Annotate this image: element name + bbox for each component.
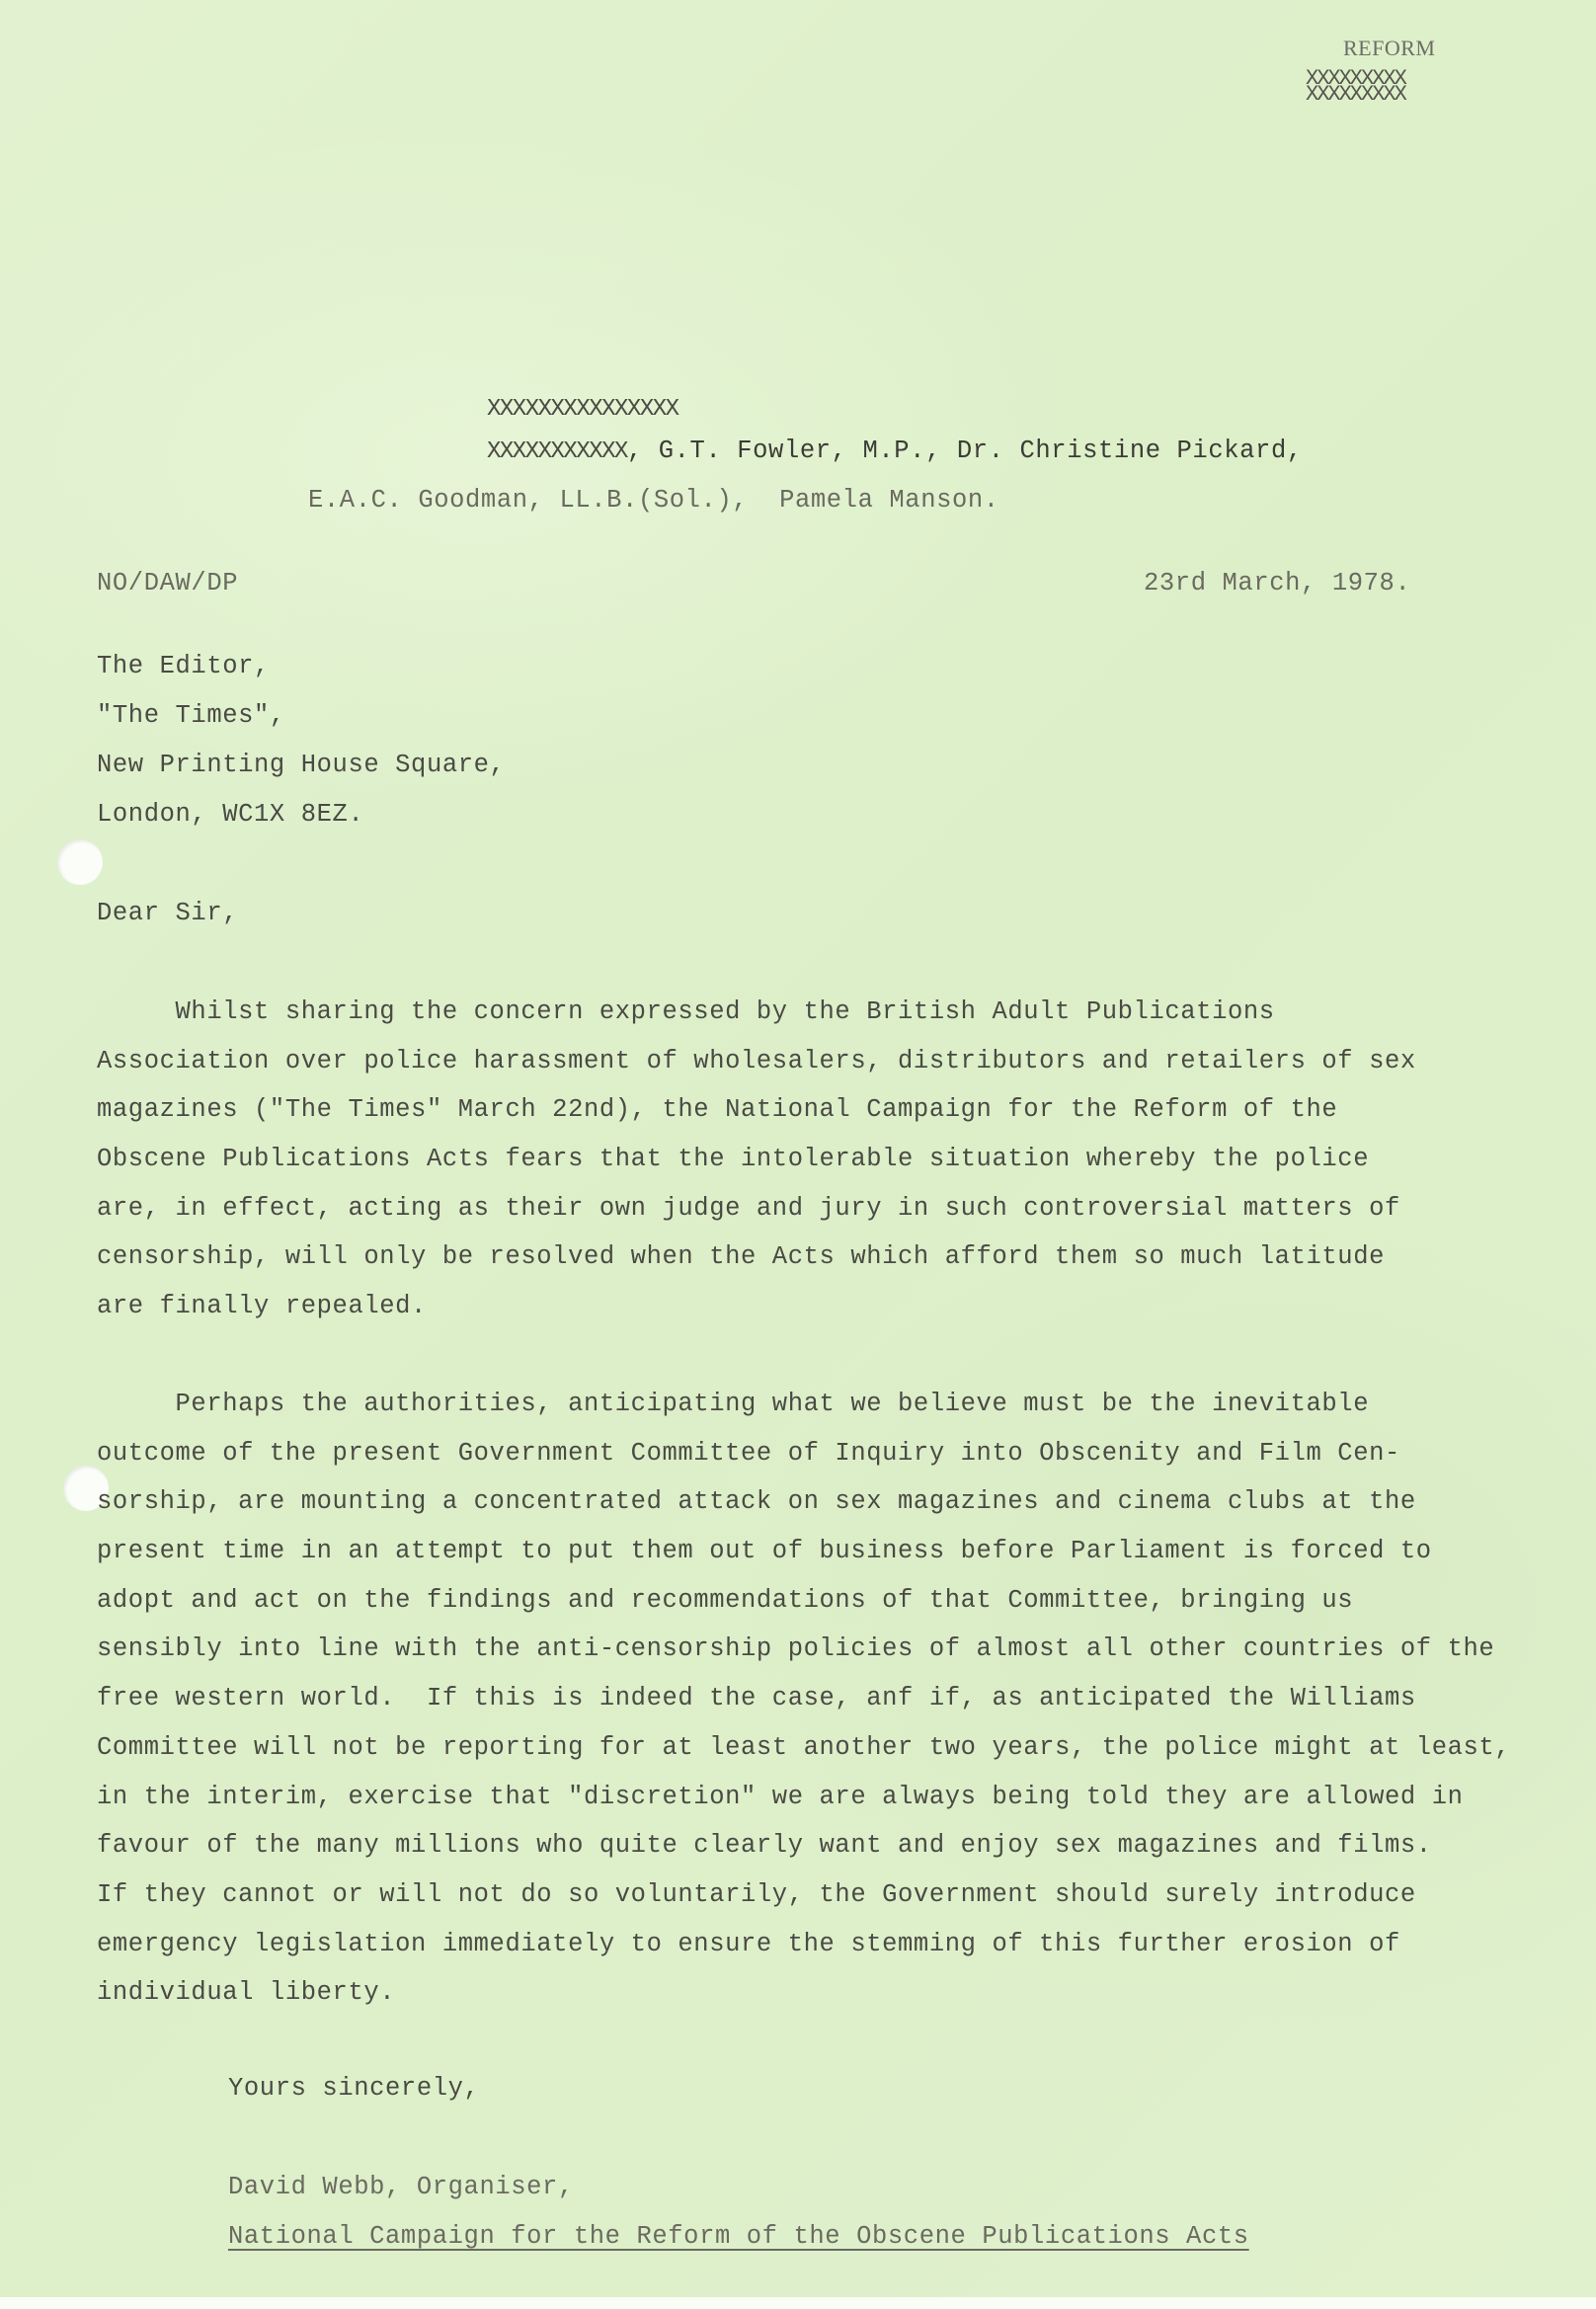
signatory: David Webb, Organiser,	[228, 2173, 574, 2202]
recipient-line-3: New Printing House Square,	[97, 751, 505, 780]
salutation: Dear Sir,	[97, 899, 238, 928]
body-paragraph-1: Whilst sharing the concern expressed by …	[97, 988, 1578, 1331]
recipient-line-1: The Editor,	[97, 652, 270, 681]
paragraph-1-line: are finally repealed.	[97, 1282, 1578, 1331]
reference-code: NO/DAW/DP	[97, 569, 238, 598]
paragraph-1-line: Association over police harassment of wh…	[97, 1037, 1578, 1086]
reform-stamp-overstrike-row2: XXXXXXXXX	[1306, 85, 1405, 105]
letter-page: REFORM XXXXXXXXX XXXXXXXXX XXXXXXXXXXXXX…	[0, 0, 1596, 2297]
paragraph-2-line: favour of the many millions who quite cl…	[97, 1821, 1578, 1871]
paragraph-2-line: free western world. If this is indeed th…	[97, 1674, 1578, 1723]
recipient-line-2: "The Times",	[97, 701, 285, 731]
paragraph-2-line: individual liberty.	[97, 1968, 1578, 2018]
paragraph-2-line: outcome of the present Government Commit…	[97, 1429, 1578, 1478]
paragraph-2-line: Perhaps the authorities, anticipating wh…	[97, 1380, 1578, 1429]
patrons-struck-name: XXXXXXXXXXX	[487, 438, 627, 465]
scan-bottom-edge	[0, 2297, 1596, 2309]
body-paragraph-2: Perhaps the authorities, anticipating wh…	[97, 1380, 1578, 2018]
paragraph-2-line: adopt and act on the findings and recomm…	[97, 1576, 1578, 1626]
paragraph-2-line: present time in an attempt to put them o…	[97, 1527, 1578, 1576]
patrons-line-1: XXXXXXXXXXX, G.T. Fowler, M.P., Dr. Chri…	[487, 437, 1303, 467]
paragraph-1-line: are, in effect, acting as their own judg…	[97, 1184, 1578, 1234]
patrons-line-2: E.A.C. Goodman, LL.B.(Sol.), Pamela Mans…	[308, 486, 999, 516]
paragraph-2-line: sorship, are mounting a concentrated att…	[97, 1477, 1578, 1527]
paragraph-1-line: Obscene Publications Acts fears that the…	[97, 1135, 1578, 1184]
patrons-names: , G.T. Fowler, M.P., Dr. Christine Picka…	[627, 437, 1303, 465]
reform-stamp-word: REFORM	[1343, 34, 1435, 63]
paragraph-2-line: in the interim, exercise that "discretio…	[97, 1773, 1578, 1822]
paragraph-2-line: sensibly into line with the anti-censors…	[97, 1625, 1578, 1674]
punch-hole-top	[57, 839, 103, 885]
letter-date: 23rd March, 1978.	[1144, 569, 1410, 598]
paragraph-1-line: Whilst sharing the concern expressed by …	[97, 988, 1578, 1037]
paragraph-1-line: magazines ("The Times" March 22nd), the …	[97, 1085, 1578, 1135]
paragraph-2-line: emergency legislation immediately to ens…	[97, 1920, 1578, 1969]
paragraph-2-line: Committee will not be reporting for at l…	[97, 1723, 1578, 1773]
recipient-line-4: London, WC1X 8EZ.	[97, 800, 363, 830]
paragraph-2-line: If they cannot or will not do so volunta…	[97, 1871, 1578, 1920]
paragraph-1-line: censorship, will only be resolved when t…	[97, 1233, 1578, 1282]
struck-out-line: XXXXXXXXXXXXXXX	[487, 395, 678, 425]
valediction: Yours sincerely,	[228, 2074, 479, 2104]
organisation-name: National Campaign for the Reform of the …	[228, 2222, 1249, 2252]
